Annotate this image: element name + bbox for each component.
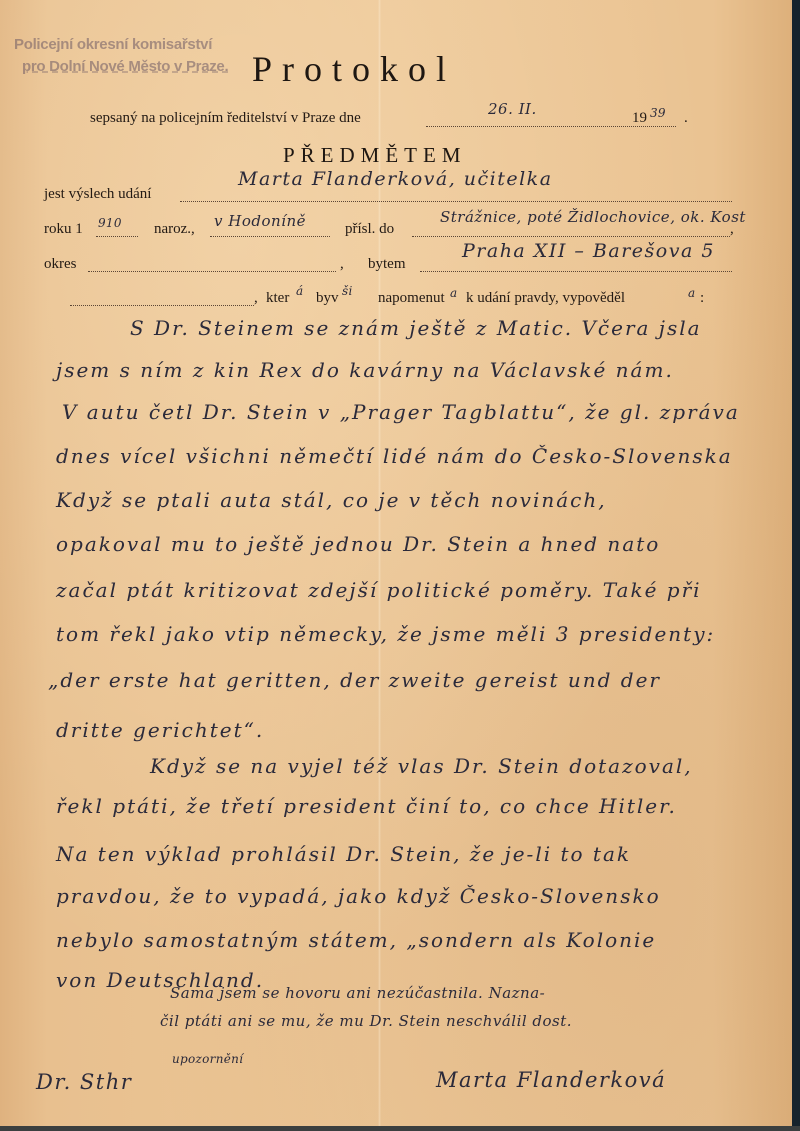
testimony-line: „der erste hat geritten, der zweite gere…	[48, 668, 661, 692]
scanner-border-right	[792, 0, 800, 1131]
born-label: naroz.,	[154, 221, 195, 238]
admonished-label: napomenut	[378, 290, 445, 307]
residence-dotted-line	[420, 271, 732, 272]
birth-year-value: 910	[98, 216, 122, 230]
police-stamp: Policejní okresní komisařství pro Dolní …	[14, 34, 254, 78]
stamp-line-2: pro Dolní Nové Město v Praze.	[14, 56, 254, 78]
testimony-line: pravdou, že to vypadá, jako když Česko-S…	[56, 884, 661, 908]
hearing-value: Marta Flanderková, učitelka	[238, 168, 553, 190]
stamp-line-1: Policejní okresní komisařství	[14, 34, 254, 56]
district-label: okres	[44, 256, 77, 273]
testimony-line: dnes vícel všichni němečtí lidé nám do Č…	[56, 444, 733, 468]
name-repeat-dotted-line	[70, 305, 254, 306]
header-prefix: sepsaný na policejním ředitelství v Praz…	[90, 110, 361, 127]
year-label: roku 1	[44, 221, 83, 238]
been-label: byv	[316, 290, 339, 307]
testimony-line: S Dr. Steinem se znám ještě z Matic. Vče…	[130, 316, 702, 340]
testified-suffix: a	[688, 286, 695, 300]
domicile-value: Strážnice, poté Židlochovice, ok. Kost	[440, 208, 746, 226]
scanner-border-bottom	[0, 1126, 800, 1131]
document-title: Protokol	[252, 48, 456, 90]
birthplace-dotted-line	[210, 236, 330, 237]
row-comma: ,	[254, 290, 258, 307]
testimony-line: tom řekl jako vtip německy, že jsme měli…	[56, 622, 715, 646]
witness-signature: Marta Flanderková	[436, 1068, 666, 1092]
admonished-suffix: a	[450, 286, 457, 300]
hearing-label: jest výslech udání	[44, 186, 151, 203]
domicile-dotted-line	[412, 236, 730, 237]
protocol-page: Policejní okresní komisařství pro Dolní …	[0, 0, 792, 1126]
been-suffix: ši	[342, 284, 353, 298]
testimony-line: Na ten výklad prohlásil Dr. Stein, že je…	[56, 842, 631, 866]
residence-value: Praha XII – Barešova 5	[462, 240, 715, 262]
hearing-dotted-line	[180, 201, 732, 202]
header-period: .	[684, 110, 688, 127]
subject-heading: PŘEDMĚTEM	[283, 143, 467, 168]
testified-colon: :	[700, 290, 704, 307]
testimony-line: Když se na vyjel též vlas Dr. Stein dota…	[150, 754, 693, 778]
testimony-line: opakoval mu to ještě jednou Dr. Stein a …	[56, 532, 660, 556]
district-comma: ,	[340, 256, 344, 273]
testimony-line: začal ptát kritizovat zdejší politické p…	[56, 578, 702, 602]
testimony-line: řekl ptáti, že třetí president činí to, …	[56, 794, 677, 818]
closing-line: čil ptáti ani se mu, že mu Dr. Stein nes…	[160, 1012, 572, 1030]
which-suffix: á	[296, 284, 303, 298]
testimony-line: V autu četl Dr. Stein v „Prager Tagblatt…	[62, 400, 740, 424]
birth-year-dotted-line	[96, 236, 138, 237]
year-handwritten: 39	[650, 106, 666, 120]
testimony-line: jsem s ním z kin Rex do kavárny na Václa…	[56, 358, 674, 382]
testimony-line: Když se ptali auta stál, co je v těch no…	[56, 488, 607, 512]
truth-label: k udání pravdy, vypověděl	[466, 290, 625, 307]
testimony-line: dritte gerichtet“.	[56, 718, 264, 742]
domicile-comma: ,	[730, 221, 734, 238]
district-dotted-line	[88, 271, 336, 272]
testimony-line: nebylo samostatným státem, „sondern als …	[56, 928, 656, 952]
which-label: kter	[266, 290, 289, 307]
closing-line: upozornění	[172, 1052, 243, 1066]
birthplace-value: v Hodoníně	[214, 212, 306, 230]
officer-signature: Dr. Sthr	[36, 1070, 132, 1094]
year-prefix: 19	[632, 110, 647, 127]
residence-label: bytem	[368, 256, 406, 273]
domicile-label: přísl. do	[345, 221, 394, 238]
closing-line: Sama jsem se hovoru ani nezúčastnila. Na…	[170, 984, 545, 1002]
date-handwritten: 26. II.	[488, 100, 537, 118]
